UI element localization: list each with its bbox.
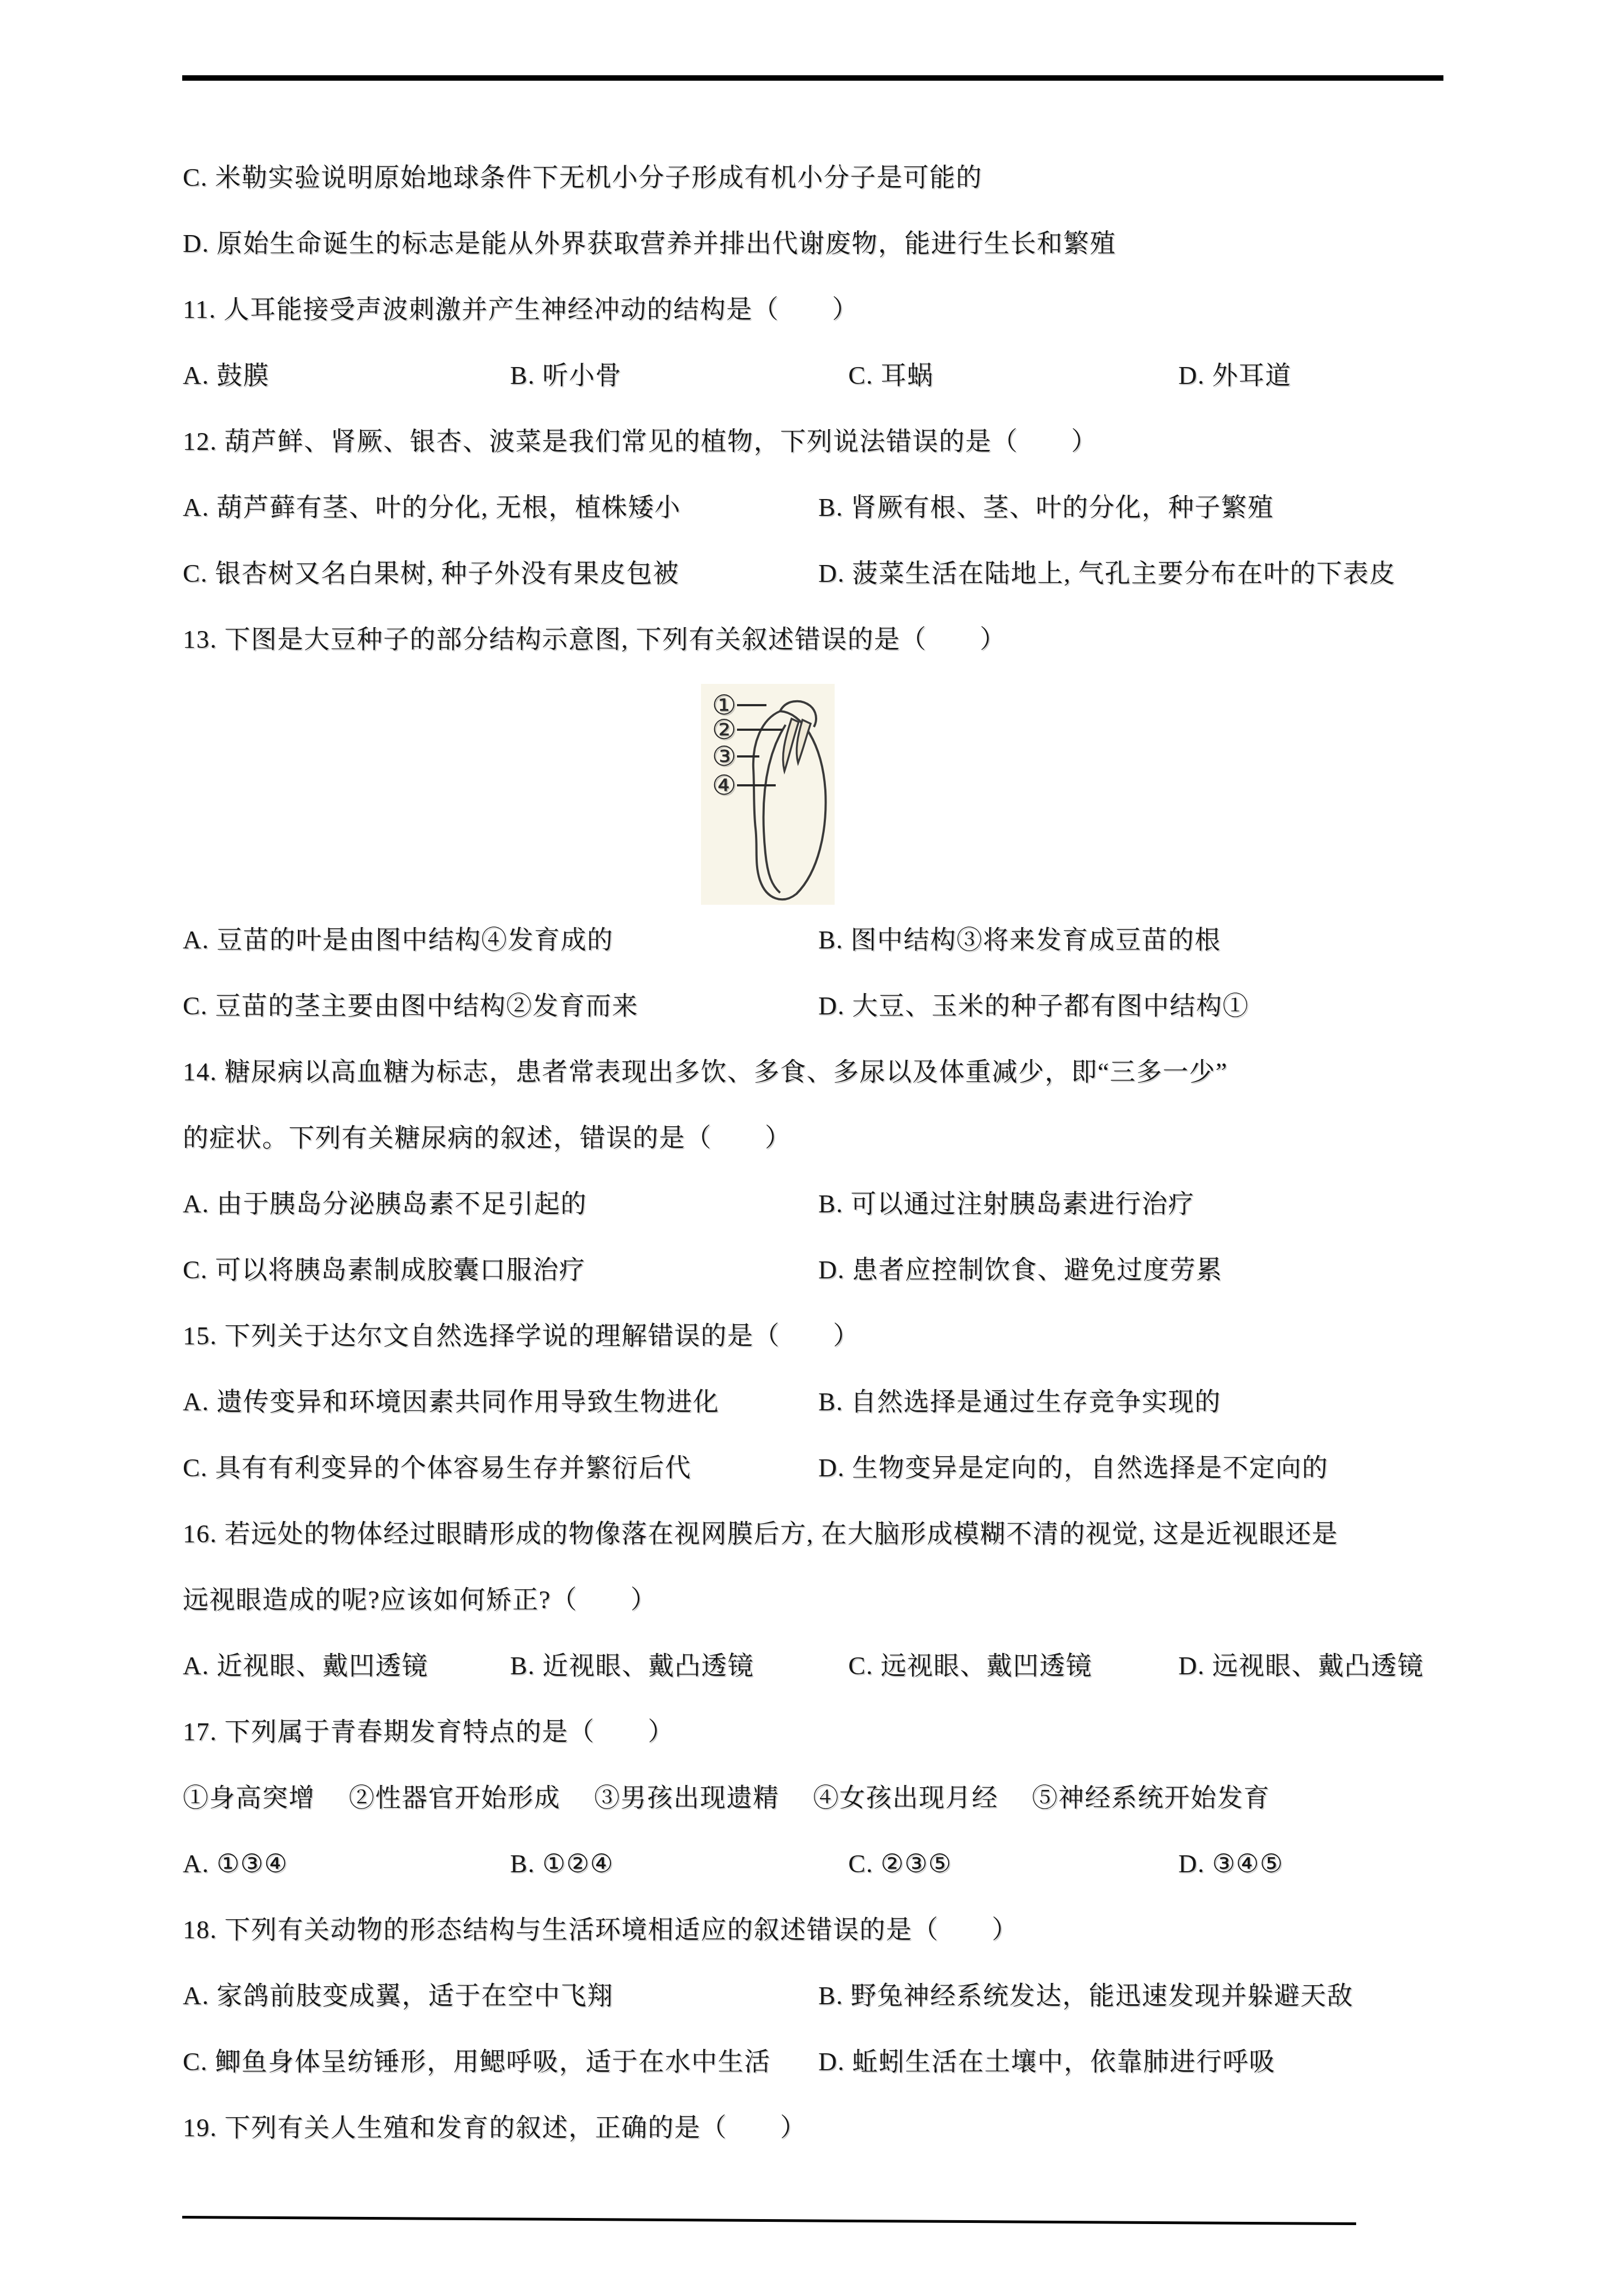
option-cell: A. 家鸽前肢变成翼，适于在空中飞翔 xyxy=(183,1963,818,2029)
option-cell: A. ①③④ xyxy=(183,1831,510,1897)
footer-rule xyxy=(182,2216,1356,2225)
option-cell: C. 银杏树又名白果树, 种子外没有果皮包被 xyxy=(183,541,818,607)
option-cell: D. 生物变异是定向的，自然选择是不定向的 xyxy=(818,1435,1448,1501)
options-row-2col: C. 银杏树又名白果树, 种子外没有果皮包被D. 菠菜生活在陆地上, 气孔主要分… xyxy=(183,541,1448,607)
option-cell: D. 大豆、玉米的种子都有图中结构① xyxy=(818,973,1448,1039)
option-cell: B. 近视眼、戴凸透镜 xyxy=(510,1633,848,1699)
option-cell: C. 豆苗的茎主要由图中结构②发育而来 xyxy=(183,973,818,1039)
option-cell: B. ①②④ xyxy=(510,1831,848,1897)
text-line: D. 原始生命诞生的标志是能从外界获取营养并排出代谢废物，能进行生长和繁殖 xyxy=(183,211,1448,277)
option-cell: A. 豆苗的叶是由图中结构④发育成的 xyxy=(183,907,818,973)
exam-page: C. 米勒实验说明原始地球条件下无机小分子形成有机小分子是可能的D. 原始生命诞… xyxy=(0,0,1624,2296)
option-cell: C. 具有有利变异的个体容易生存并繁衍后代 xyxy=(183,1435,818,1501)
option-cell: B. 自然选择是通过生存竞争实现的 xyxy=(818,1369,1448,1435)
text-line: 18. 下列有关动物的形态结构与生活环境相适应的叙述错误的是（ ） xyxy=(183,1897,1448,1963)
line-text: C. 米勒实验说明原始地球条件下无机小分子形成有机小分子是可能的 xyxy=(183,164,982,192)
text-line: 远视眼造成的呢?应该如何矫正?（ ） xyxy=(183,1567,1448,1633)
option-cell: D. 远视眼、戴凸透镜 xyxy=(1178,1633,1448,1699)
option-cell: B. 听小骨 xyxy=(510,343,848,409)
line-text: ①身高突增 ②性器官开始形成 ③男孩出现遗精 ④女孩出现月经 ⑤神经系统开始发育 xyxy=(183,1784,1270,1812)
figure-label-2-icon: ② xyxy=(712,714,737,745)
option-cell: A. 遗传变异和环境因素共同作用导致生物进化 xyxy=(183,1369,818,1435)
text-line: C. 米勒实验说明原始地球条件下无机小分子形成有机小分子是可能的 xyxy=(183,145,1448,211)
option-cell: C. 可以将胰岛素制成胶囊口服治疗 xyxy=(183,1237,818,1303)
seed-diagram-svg: ① ② ③ ④ xyxy=(685,673,837,907)
text-line: 14. 糖尿病以高血糖为标志，患者常表现出多饮、多食、多尿以及体重减少，即“三多… xyxy=(183,1039,1448,1105)
options-row-2col: C. 可以将胰岛素制成胶囊口服治疗D. 患者应控制饮食、避免过度劳累 xyxy=(183,1237,1448,1303)
option-cell: A. 鼓膜 xyxy=(183,343,510,409)
options-row-4col: A. 鼓膜B. 听小骨C. 耳蜗D. 外耳道 xyxy=(183,343,1448,409)
figure-row: ① ② ③ ④ xyxy=(183,673,1448,907)
option-cell: D. 菠菜生活在陆地上, 气孔主要分布在叶的下表皮 xyxy=(818,541,1448,607)
text-line: 17. 下列属于青春期发育特点的是（ ） xyxy=(183,1699,1448,1765)
line-text: 15. 下列关于达尔文自然选择学说的理解错误的是（ ） xyxy=(183,1322,860,1350)
option-cell: B. 肾厥有根、茎、叶的分化，种子繁殖 xyxy=(818,475,1448,541)
option-cell: B. 可以通过注射胰岛素进行治疗 xyxy=(818,1171,1448,1237)
line-text: 18. 下列有关动物的形态结构与生活环境相适应的叙述错误的是（ ） xyxy=(183,1916,1018,1944)
option-cell: D. 患者应控制饮食、避免过度劳累 xyxy=(818,1237,1448,1303)
options-row-2col: A. 葫芦藓有茎、叶的分化, 无根，植株矮小B. 肾厥有根、茎、叶的分化，种子繁… xyxy=(183,475,1448,541)
line-text: 16. 若远处的物体经过眼睛形成的物像落在视网膜后方, 在大脑形成模糊不清的视觉… xyxy=(183,1520,1338,1548)
option-cell: C. 远视眼、戴凹透镜 xyxy=(848,1633,1178,1699)
option-cell: C. 耳蜗 xyxy=(848,343,1178,409)
option-cell: D. 外耳道 xyxy=(1178,343,1448,409)
line-text: 14. 糖尿病以高血糖为标志，患者常表现出多饮、多食、多尿以及体重减少，即“三多… xyxy=(183,1058,1228,1086)
question-list: C. 米勒实验说明原始地球条件下无机小分子形成有机小分子是可能的D. 原始生命诞… xyxy=(183,145,1448,2161)
text-line: 16. 若远处的物体经过眼睛形成的物像落在视网膜后方, 在大脑形成模糊不清的视觉… xyxy=(183,1501,1448,1567)
option-cell: A. 近视眼、戴凹透镜 xyxy=(183,1633,510,1699)
line-text: 13. 下图是大豆种子的部分结构示意图, 下列有关叙述错误的是（ ） xyxy=(183,626,1006,654)
option-cell: C. ②③⑤ xyxy=(848,1831,1178,1897)
line-text: 11. 人耳能接受声波刺激并产生神经冲动的结构是（ ） xyxy=(183,296,859,324)
text-line: 12. 葫芦鲜、肾厥、银杏、波菜是我们常见的植物，下列说法错误的是（ ） xyxy=(183,409,1448,475)
text-line: 19. 下列有关人生殖和发育的叙述，正确的是（ ） xyxy=(183,2095,1448,2161)
options-row-2col: A. 由于胰岛分泌胰岛素不足引起的B. 可以通过注射胰岛素进行治疗 xyxy=(183,1171,1448,1237)
figure-label-4-icon: ④ xyxy=(712,770,737,801)
options-row-4col: A. ①③④B. ①②④C. ②③⑤D. ③④⑤ xyxy=(183,1831,1448,1897)
line-text: 19. 下列有关人生殖和发育的叙述，正确的是（ ） xyxy=(183,2114,807,2142)
options-row-4col: A. 近视眼、戴凹透镜B. 近视眼、戴凸透镜C. 远视眼、戴凹透镜D. 远视眼、… xyxy=(183,1633,1448,1699)
text-line: ①身高突增 ②性器官开始形成 ③男孩出现遗精 ④女孩出现月经 ⑤神经系统开始发育 xyxy=(183,1765,1448,1831)
line-text: 远视眼造成的呢?应该如何矫正?（ ） xyxy=(183,1586,657,1614)
text-line: 的症状。下列有关糖尿病的叙述，错误的是（ ） xyxy=(183,1105,1448,1171)
text-line: 15. 下列关于达尔文自然选择学说的理解错误的是（ ） xyxy=(183,1303,1448,1369)
option-cell: C. 鲫鱼身体呈纺锤形，用鳃呼吸，适于在水中生活 xyxy=(183,2029,818,2095)
line-text: 的症状。下列有关糖尿病的叙述，错误的是（ ） xyxy=(183,1124,792,1152)
text-line: 13. 下图是大豆种子的部分结构示意图, 下列有关叙述错误的是（ ） xyxy=(183,607,1448,673)
options-row-2col: A. 家鸽前肢变成翼，适于在空中飞翔B. 野兔神经系统发达，能迅速发现并躲避天敌 xyxy=(183,1963,1448,2029)
line-text: D. 原始生命诞生的标志是能从外界获取营养并排出代谢废物，能进行生长和繁殖 xyxy=(183,230,1116,258)
options-row-2col: C. 鲫鱼身体呈纺锤形，用鳃呼吸，适于在水中生活D. 蚯蚓生活在土壤中，依靠肺进… xyxy=(183,2029,1448,2095)
option-cell: D. 蚯蚓生活在土壤中，依靠肺进行呼吸 xyxy=(818,2029,1448,2095)
option-cell: B. 野兔神经系统发达，能迅速发现并躲避天敌 xyxy=(818,1963,1448,2029)
option-cell: A. 葫芦藓有茎、叶的分化, 无根，植株矮小 xyxy=(183,475,818,541)
options-row-2col: A. 遗传变异和环境因素共同作用导致生物进化B. 自然选择是通过生存竞争实现的 xyxy=(183,1369,1448,1435)
line-text: 12. 葫芦鲜、肾厥、银杏、波菜是我们常见的植物，下列说法错误的是（ ） xyxy=(183,428,1098,456)
options-row-2col: C. 具有有利变异的个体容易生存并繁衍后代D. 生物变异是定向的，自然选择是不定… xyxy=(183,1435,1448,1501)
soybean-seed-figure: ① ② ③ ④ xyxy=(685,673,837,907)
text-line: 11. 人耳能接受声波刺激并产生神经冲动的结构是（ ） xyxy=(183,277,1448,343)
line-text: 17. 下列属于青春期发育特点的是（ ） xyxy=(183,1718,674,1746)
option-cell: D. ③④⑤ xyxy=(1178,1831,1448,1897)
header-rule xyxy=(182,75,1443,81)
figure-label-3-icon: ③ xyxy=(712,741,737,772)
options-row-2col: A. 豆苗的叶是由图中结构④发育成的B. 图中结构③将来发育成豆苗的根 xyxy=(183,907,1448,973)
option-cell: B. 图中结构③将来发育成豆苗的根 xyxy=(818,907,1448,973)
options-row-2col: C. 豆苗的茎主要由图中结构②发育而来D. 大豆、玉米的种子都有图中结构① xyxy=(183,973,1448,1039)
option-cell: A. 由于胰岛分泌胰岛素不足引起的 xyxy=(183,1171,818,1237)
